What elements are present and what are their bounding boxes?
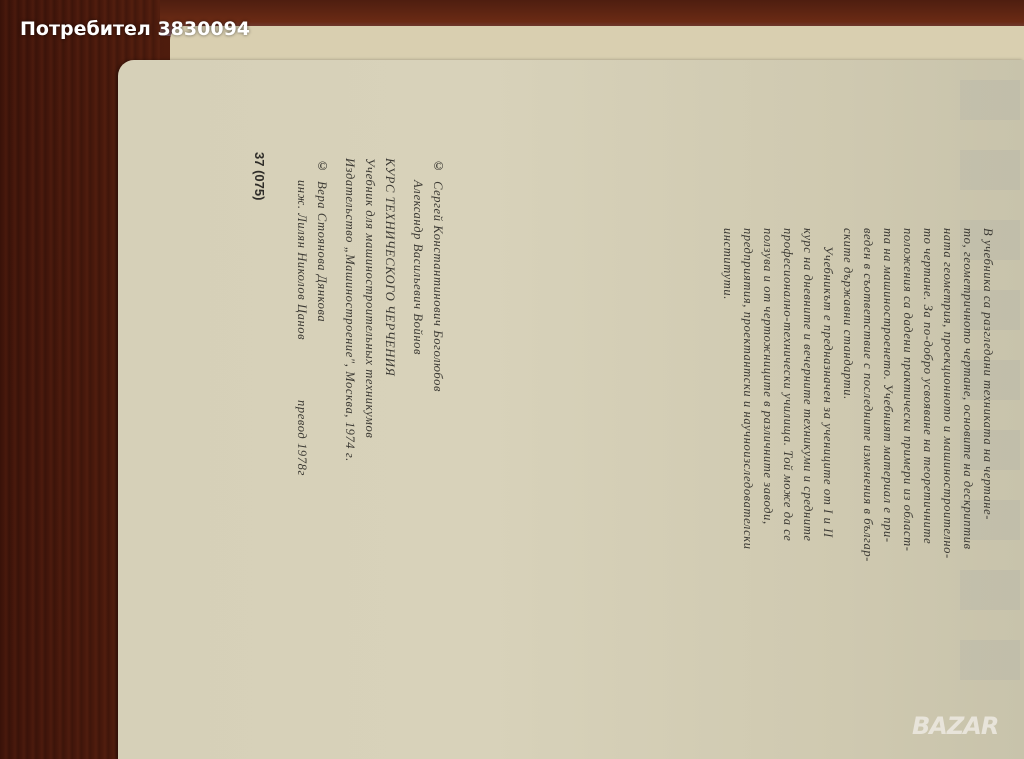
original-author: © Сергей Константинович Боголюбов	[428, 158, 448, 476]
credits-block: © Сергей Константинович Боголюбов Алекса…	[292, 158, 448, 476]
annotation-line: то, геометричното чертане, основите на д…	[958, 228, 978, 648]
annotation-line: курс на дневните и вечерните техникуми и…	[798, 228, 818, 648]
original-title: КУРС ТЕХНИЧЕСКОГО ЧЕРЧЕНИЯ	[380, 158, 400, 476]
annotation-line: ната геометрия, проекционното и машиност…	[938, 228, 958, 648]
bazar-logo: BAZAR	[912, 712, 998, 740]
annotation-line: Учебникът е предназначен за учениците от…	[818, 228, 838, 648]
annotation-line: ползува и от чертожниците в различните з…	[758, 228, 778, 648]
original-publisher: Издательство „Машиностроение", Москва, 1…	[340, 158, 360, 476]
translation-note: превод 1978г	[292, 340, 312, 476]
annotation-text: В учебника са разгледани техниката на че…	[718, 228, 998, 648]
translator: инж. Лилян Николов Цановпревод 1978г	[292, 158, 312, 476]
annotation-line: предприятия, проектантски и научноизслед…	[738, 228, 758, 648]
copyright-icon: ©	[312, 158, 332, 174]
original-subtitle: Учебник для машиностроительных техникумо…	[360, 158, 380, 476]
translator: © Вера Стоянова Дянкова	[312, 158, 332, 476]
annotation-line: то чертане. За по-добро усвояване на тео…	[918, 228, 938, 648]
annotation-line: институти.	[718, 228, 738, 648]
original-author: Александр Васильевич Войнов	[408, 158, 428, 476]
annotation-line: положения са дадени практически примери …	[898, 228, 918, 648]
annotation-line: професионално-технически училища. Той мо…	[778, 228, 798, 648]
annotation-line: веден в съответствие с последните измене…	[858, 228, 878, 648]
annotation-line: В учебника са разгледани техниката на че…	[978, 228, 998, 648]
annotation-line: ските държавни стандарти.	[838, 228, 858, 648]
user-watermark: Потребител 3830094	[20, 18, 250, 40]
classification-code: 37 (075)	[252, 152, 267, 200]
annotation-line: та на машиностроенето. Учебният материал…	[878, 228, 898, 648]
copyright-icon: ©	[428, 158, 448, 174]
